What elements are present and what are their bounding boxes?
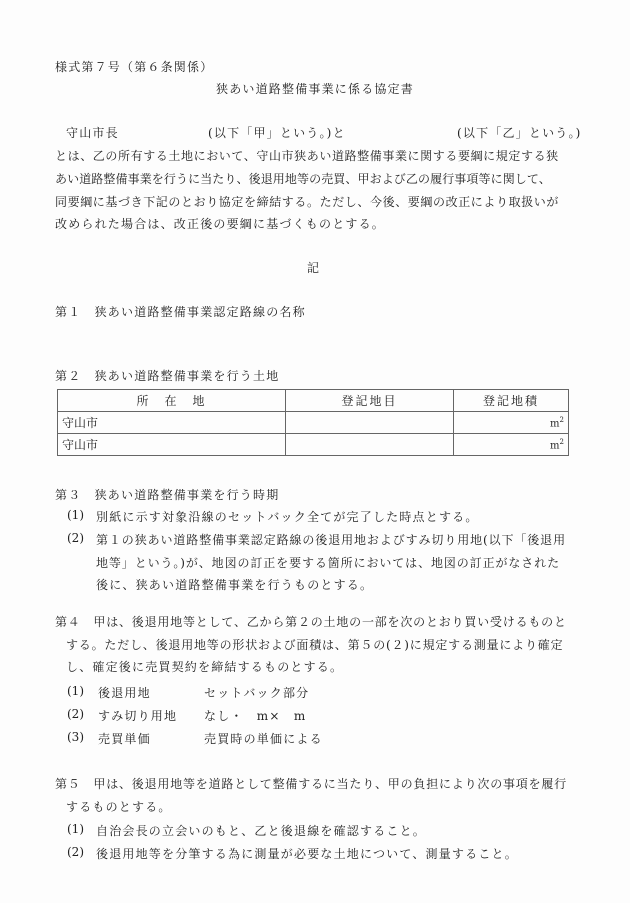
cell-location: 守山市 <box>58 412 286 434</box>
area-unit: m <box>550 440 559 451</box>
area-unit-sup: 2 <box>560 416 564 424</box>
party-a-label: 守山市長 <box>66 124 119 141</box>
item-number: (1) <box>67 822 84 836</box>
article3-heading: 第３ 狭あい道路整備事業を行う時期 <box>55 486 279 503</box>
item-label: 売買単価 <box>98 730 151 747</box>
article5-item-text: 後退用地等を分筆する為に測量が必要な土地について、測量すること。 <box>96 845 518 862</box>
preamble-line: 同要綱に基づき下記のとおり協定を締結する。ただし、今後、要綱の改正により取扱いが <box>55 193 559 210</box>
article5-line: 第５ 甲は、後退用地等を道路として整備するに当たり、甲の負担により次の事項を履行 <box>55 775 567 792</box>
item-number: (2) <box>67 845 84 859</box>
cell-area: m2 <box>454 412 569 434</box>
cell-area: m2 <box>454 434 569 456</box>
table-header-row: 所 在 地 登記地目 登記地積 <box>58 390 569 412</box>
party-b-suffix: (以下「乙」という。) <box>457 124 582 141</box>
area-unit-sup: 2 <box>560 438 564 446</box>
cell-location: 守山市 <box>58 434 286 456</box>
party-a-suffix: (以下「甲」という。)と <box>208 124 346 141</box>
form-number: 様式第７号（第６条関係） <box>55 58 213 75</box>
cell-category <box>286 434 454 456</box>
article3-item-text: 第１の狭あい道路整備事業認定路線の後退用地およびすみ切り用地(以下「後退用 <box>96 531 566 548</box>
header-location: 所 在 地 <box>58 390 286 412</box>
article4-line: し、確定後に売買契約を締結するものとする。 <box>66 658 343 675</box>
item-number: (1) <box>67 508 84 522</box>
preamble-line: 改められた場合は、改正後の要綱に基づくものとする。 <box>55 215 385 232</box>
cell-category <box>286 412 454 434</box>
article1-heading: 第１ 狭あい道路整備事業認定路線の名称 <box>55 303 306 320</box>
item-number: (1) <box>67 684 84 698</box>
ki-heading: 記 <box>307 259 319 276</box>
article3-item-text: 地等」という。)が、地図の訂正を要する箇所においては、地図の訂正がなされた <box>96 554 560 571</box>
header-area: 登記地積 <box>454 390 569 412</box>
article4-line: 第４ 甲は、後退用地等として、乙から第２の土地の一部を次のとおり買い受けるものと <box>55 613 567 630</box>
item-number: (3) <box>67 730 84 744</box>
article3-item-text: 別紙に示す対象沿線のセットバック全てが完了した時点とする。 <box>96 508 479 525</box>
article2-heading: 第２ 狭あい道路整備事業を行う土地 <box>55 367 279 384</box>
article3-item-text: 後に、狭あい道路整備事業を行うものとする。 <box>96 576 373 593</box>
article5-line: するものとする。 <box>66 798 172 815</box>
table-row: 守山市 m2 <box>58 434 569 456</box>
preamble-line: あい道路整備事業を行うに当たり、後退用地等の売買、甲および乙の履行事項等に関して… <box>55 170 551 187</box>
document-title: 狭あい道路整備事業に係る協定書 <box>216 80 414 97</box>
preamble-line: とは、乙の所有する土地において、守山市狭あい道路整備事業に関する要綱に規定する狭 <box>55 147 559 164</box>
area-unit: m <box>550 418 559 429</box>
table-row: 守山市 m2 <box>58 412 569 434</box>
item-value: なし・ m× m <box>204 707 306 724</box>
item-value: セットバック部分 <box>204 684 309 701</box>
article5-item-text: 自治会長の立会いのもと、乙と後退線を確認すること。 <box>96 822 426 839</box>
item-value: 売買時の単価による <box>204 730 323 747</box>
header-category: 登記地目 <box>286 390 454 412</box>
item-label: すみ切り用地 <box>98 707 177 724</box>
item-number: (2) <box>67 707 84 721</box>
article4-line: する。ただし、後退用地等の形状および面積は、第５の(２)に規定する測量により確定 <box>66 636 563 653</box>
land-table: 所 在 地 登記地目 登記地積 守山市 m2 守山市 m2 <box>57 389 569 456</box>
item-label: 後退用地 <box>98 684 151 701</box>
item-number: (2) <box>67 531 84 545</box>
